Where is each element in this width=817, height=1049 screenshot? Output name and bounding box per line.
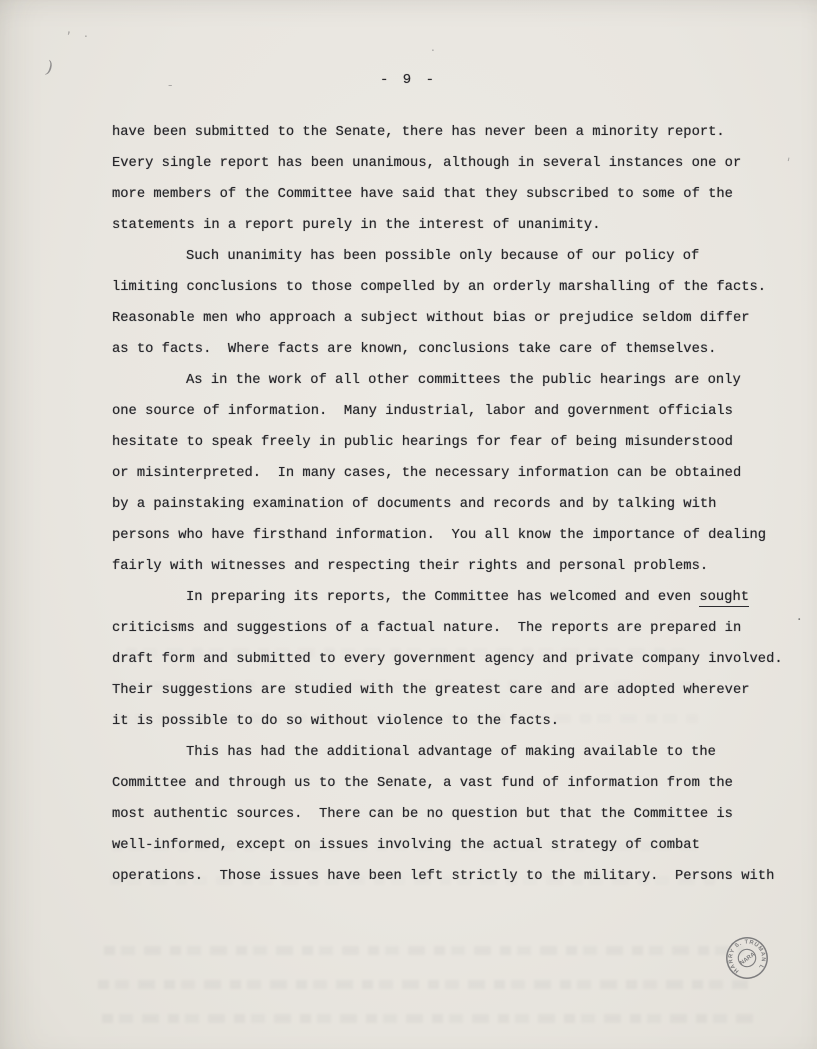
bleed-through-line [98, 980, 748, 989]
pencil-mark: . [84, 26, 88, 40]
text-line: more members of the Committee have said … [112, 179, 799, 210]
text-line: Their suggestions are studied with the g… [112, 675, 799, 706]
text-line: it is possible to do so without violence… [112, 706, 799, 737]
page-number: - 9 - [0, 72, 817, 88]
text-line: Reasonable men who approach a subject wi… [112, 303, 799, 334]
paragraph-4: In preparing its reports, the Committee … [112, 582, 799, 737]
text-line: or misinterpreted. In many cases, the ne… [112, 458, 799, 489]
paragraph-2: Such unanimity has been possible only be… [112, 241, 799, 365]
text-line: This has had the additional advantage of… [112, 737, 799, 768]
paragraph-5: This has had the additional advantage of… [112, 737, 799, 892]
document-body: have been submitted to the Senate, there… [112, 117, 799, 892]
stamp-ring-text: HARRY S. TRUMAN LIBRARY [715, 926, 769, 980]
text-line: Every single report has been unanimous, … [112, 148, 799, 179]
truman-library-stamp: HARRY S. TRUMAN LIBRARY NARA [715, 926, 779, 990]
text-line: criticisms and suggestions of a factual … [112, 613, 799, 644]
bleed-through-line [104, 946, 744, 955]
pencil-mark: , [64, 22, 72, 38]
text-line: hesitate to speak freely in public heari… [112, 427, 799, 458]
text-line: draft form and submitted to every govern… [112, 644, 799, 675]
paragraph-3: As in the work of all other committees t… [112, 365, 799, 582]
text-line: As in the work of all other committees t… [112, 365, 799, 396]
paragraph-1: have been submitted to the Senate, there… [112, 117, 799, 241]
text-line: as to facts. Where facts are known, conc… [112, 334, 799, 365]
bleed-through-line [102, 1014, 757, 1023]
text-line: limiting conclusions to those compelled … [112, 272, 799, 303]
text-line: most authentic sources. There can be no … [112, 799, 799, 830]
text-line: by a painstaking examination of document… [112, 489, 799, 520]
text-line: In preparing its reports, the Committee … [112, 582, 799, 613]
text-line: statements in a report purely in the int… [112, 210, 799, 241]
pencil-mark: . [431, 40, 435, 54]
text-line: Such unanimity has been possible only be… [112, 241, 799, 272]
text-line: Committee and through us to the Senate, … [112, 768, 799, 799]
text-line: well-informed, except on issues involvin… [112, 830, 799, 861]
text-line: one source of information. Many industri… [112, 396, 799, 427]
text-line: persons who have firsthand information. … [112, 520, 799, 551]
document-page: - 9 - have been submitted to the Senate,… [0, 0, 817, 1049]
text-line: have been submitted to the Senate, there… [112, 117, 799, 148]
text-line: operations. Those issues have been left … [112, 861, 799, 892]
underlined-word: sought [699, 590, 749, 607]
text-line: fairly with witnesses and respecting the… [112, 551, 799, 582]
